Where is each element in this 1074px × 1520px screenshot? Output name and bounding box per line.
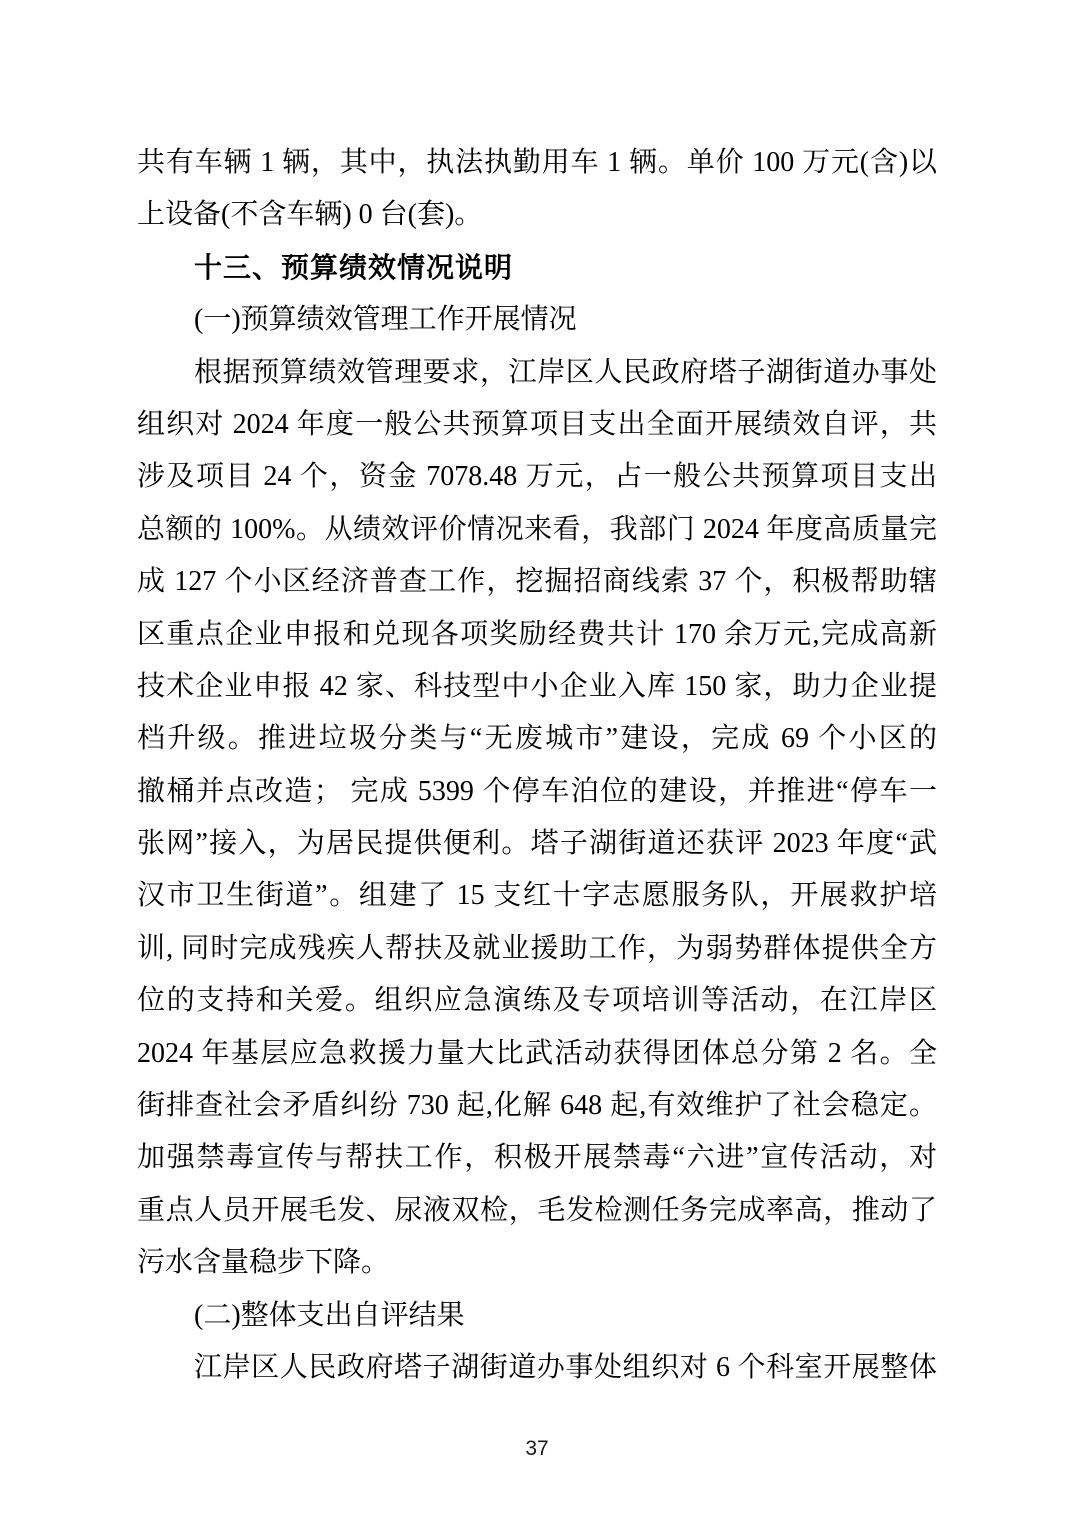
text-line: 区重点企业申报和兑现各项奖励经费共计 170 余万元,完成高新 <box>137 609 937 661</box>
text-line: 共有车辆 1 辆，其中，执法执勤用车 1 辆。单价 100 万元(含)以 <box>137 137 937 189</box>
text-line: 技术企业申报 42 家、科技型中小企业入库 150 家，助力企业提 <box>137 661 937 713</box>
text-line: 上设备(不含车辆) 0 台(套)。 <box>137 189 937 241</box>
text-line: 污水含量稳步下降。 <box>137 1237 937 1289</box>
text-line: 总额的 100%。从绩效评价情况来看，我部门 2024 年度高质量完 <box>137 504 937 556</box>
text-line: 涉及项目 24 个，资金 7078.48 万元，占一般公共预算项目支出 <box>137 451 937 503</box>
page-body: 共有车辆 1 辆，其中，执法执勤用车 1 辆。单价 100 万元(含)以 上设备… <box>137 137 937 1394</box>
section-heading: 十三、预算绩效情况说明 <box>137 242 937 294</box>
text-line: 汉市卫生街道”。组建了 15 支红十字志愿服务队，开展救护培 <box>137 870 937 922</box>
text-line: 撤桶并点改造； 完成 5399 个停车泊位的建设，并推进“停车一 <box>137 766 937 818</box>
subsection-heading-2: (二)整体支出自评结果 <box>137 1290 937 1342</box>
text-line: 组织对 2024 年度一般公共预算项目支出全面开展绩效自评，共 <box>137 399 937 451</box>
text-line: 加强禁毒宣传与帮扶工作，积极开展禁毒“六进”宣传活动，对 <box>137 1132 937 1184</box>
document-page: 共有车辆 1 辆，其中，执法执勤用车 1 辆。单价 100 万元(含)以 上设备… <box>0 0 1074 1520</box>
text-line: 位的支持和关爱。组织应急演练及专项培训等活动，在江岸区 <box>137 975 937 1027</box>
page-number: 37 <box>0 1436 1074 1462</box>
text-line: 成 127 个小区经济普查工作，挖掘招商线索 37 个，积极帮助辖 <box>137 556 937 608</box>
text-line: 张网”接入，为居民提供便利。塔子湖街道还获评 2023 年度“武 <box>137 818 937 870</box>
text-line: 2024 年基层应急救援力量大比武活动获得团体总分第 2 名。全 <box>137 1028 937 1080</box>
text-line: 重点人员开展毛发、尿液双检，毛发检测任务完成率高，推动了 <box>137 1185 937 1237</box>
text-line: 根据预算绩效管理要求，江岸区人民政府塔子湖街道办事处 <box>137 347 937 399</box>
text-line: 训, 同时完成残疾人帮扶及就业援助工作，为弱势群体提供全方 <box>137 923 937 975</box>
subsection-heading-1: (一)预算绩效管理工作开展情况 <box>137 294 937 346</box>
text-line: 江岸区人民政府塔子湖街道办事处组织对 6 个科室开展整体 <box>137 1342 937 1394</box>
text-line: 街排查社会矛盾纠纷 730 起,化解 648 起,有效维护了社会稳定。 <box>137 1080 937 1132</box>
text-line: 档升级。推进垃圾分类与“无废城市”建设，完成 69 个小区的 <box>137 713 937 765</box>
